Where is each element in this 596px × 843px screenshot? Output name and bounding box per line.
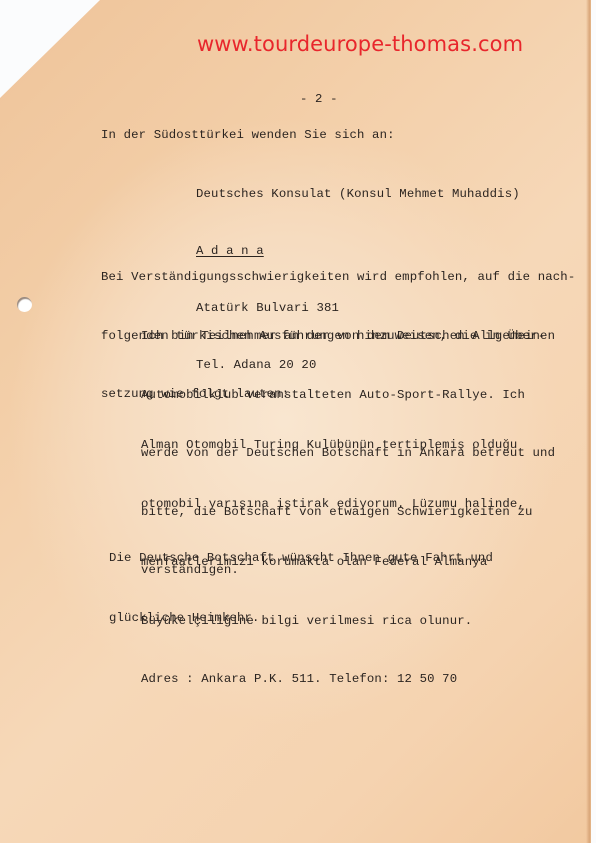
page-number: - 2 - bbox=[300, 90, 338, 109]
watermark-url: www.tourdeurope-thomas.com bbox=[197, 32, 523, 56]
intro-line: In der Südosttürkei wenden Sie sich an: bbox=[101, 126, 395, 145]
closing-paragraph: Die Deutsche Botschaft wünscht Ihnen gut… bbox=[109, 508, 493, 648]
closing-line: Die Deutsche Botschaft wünscht Ihnen gut… bbox=[109, 548, 493, 568]
paper-edge bbox=[586, 0, 591, 843]
address-institution: Deutsches Konsulat (Konsul Mehmet Muhadd… bbox=[196, 185, 520, 204]
turkish-line: Alman Otomobil Turing Kulübünün tertiple… bbox=[141, 436, 525, 456]
closing-line: glückliche Heimkehr. bbox=[109, 608, 493, 628]
punch-hole bbox=[17, 297, 32, 312]
german-line: Ich bin Teilnehmer an der von dem Deutsc… bbox=[141, 327, 555, 347]
paragraph-line: Bei Verständigungsschwierigkeiten wird e… bbox=[101, 268, 575, 288]
turkish-line: Adres : Ankara P.K. 511. Telefon: 12 50 … bbox=[141, 670, 525, 690]
